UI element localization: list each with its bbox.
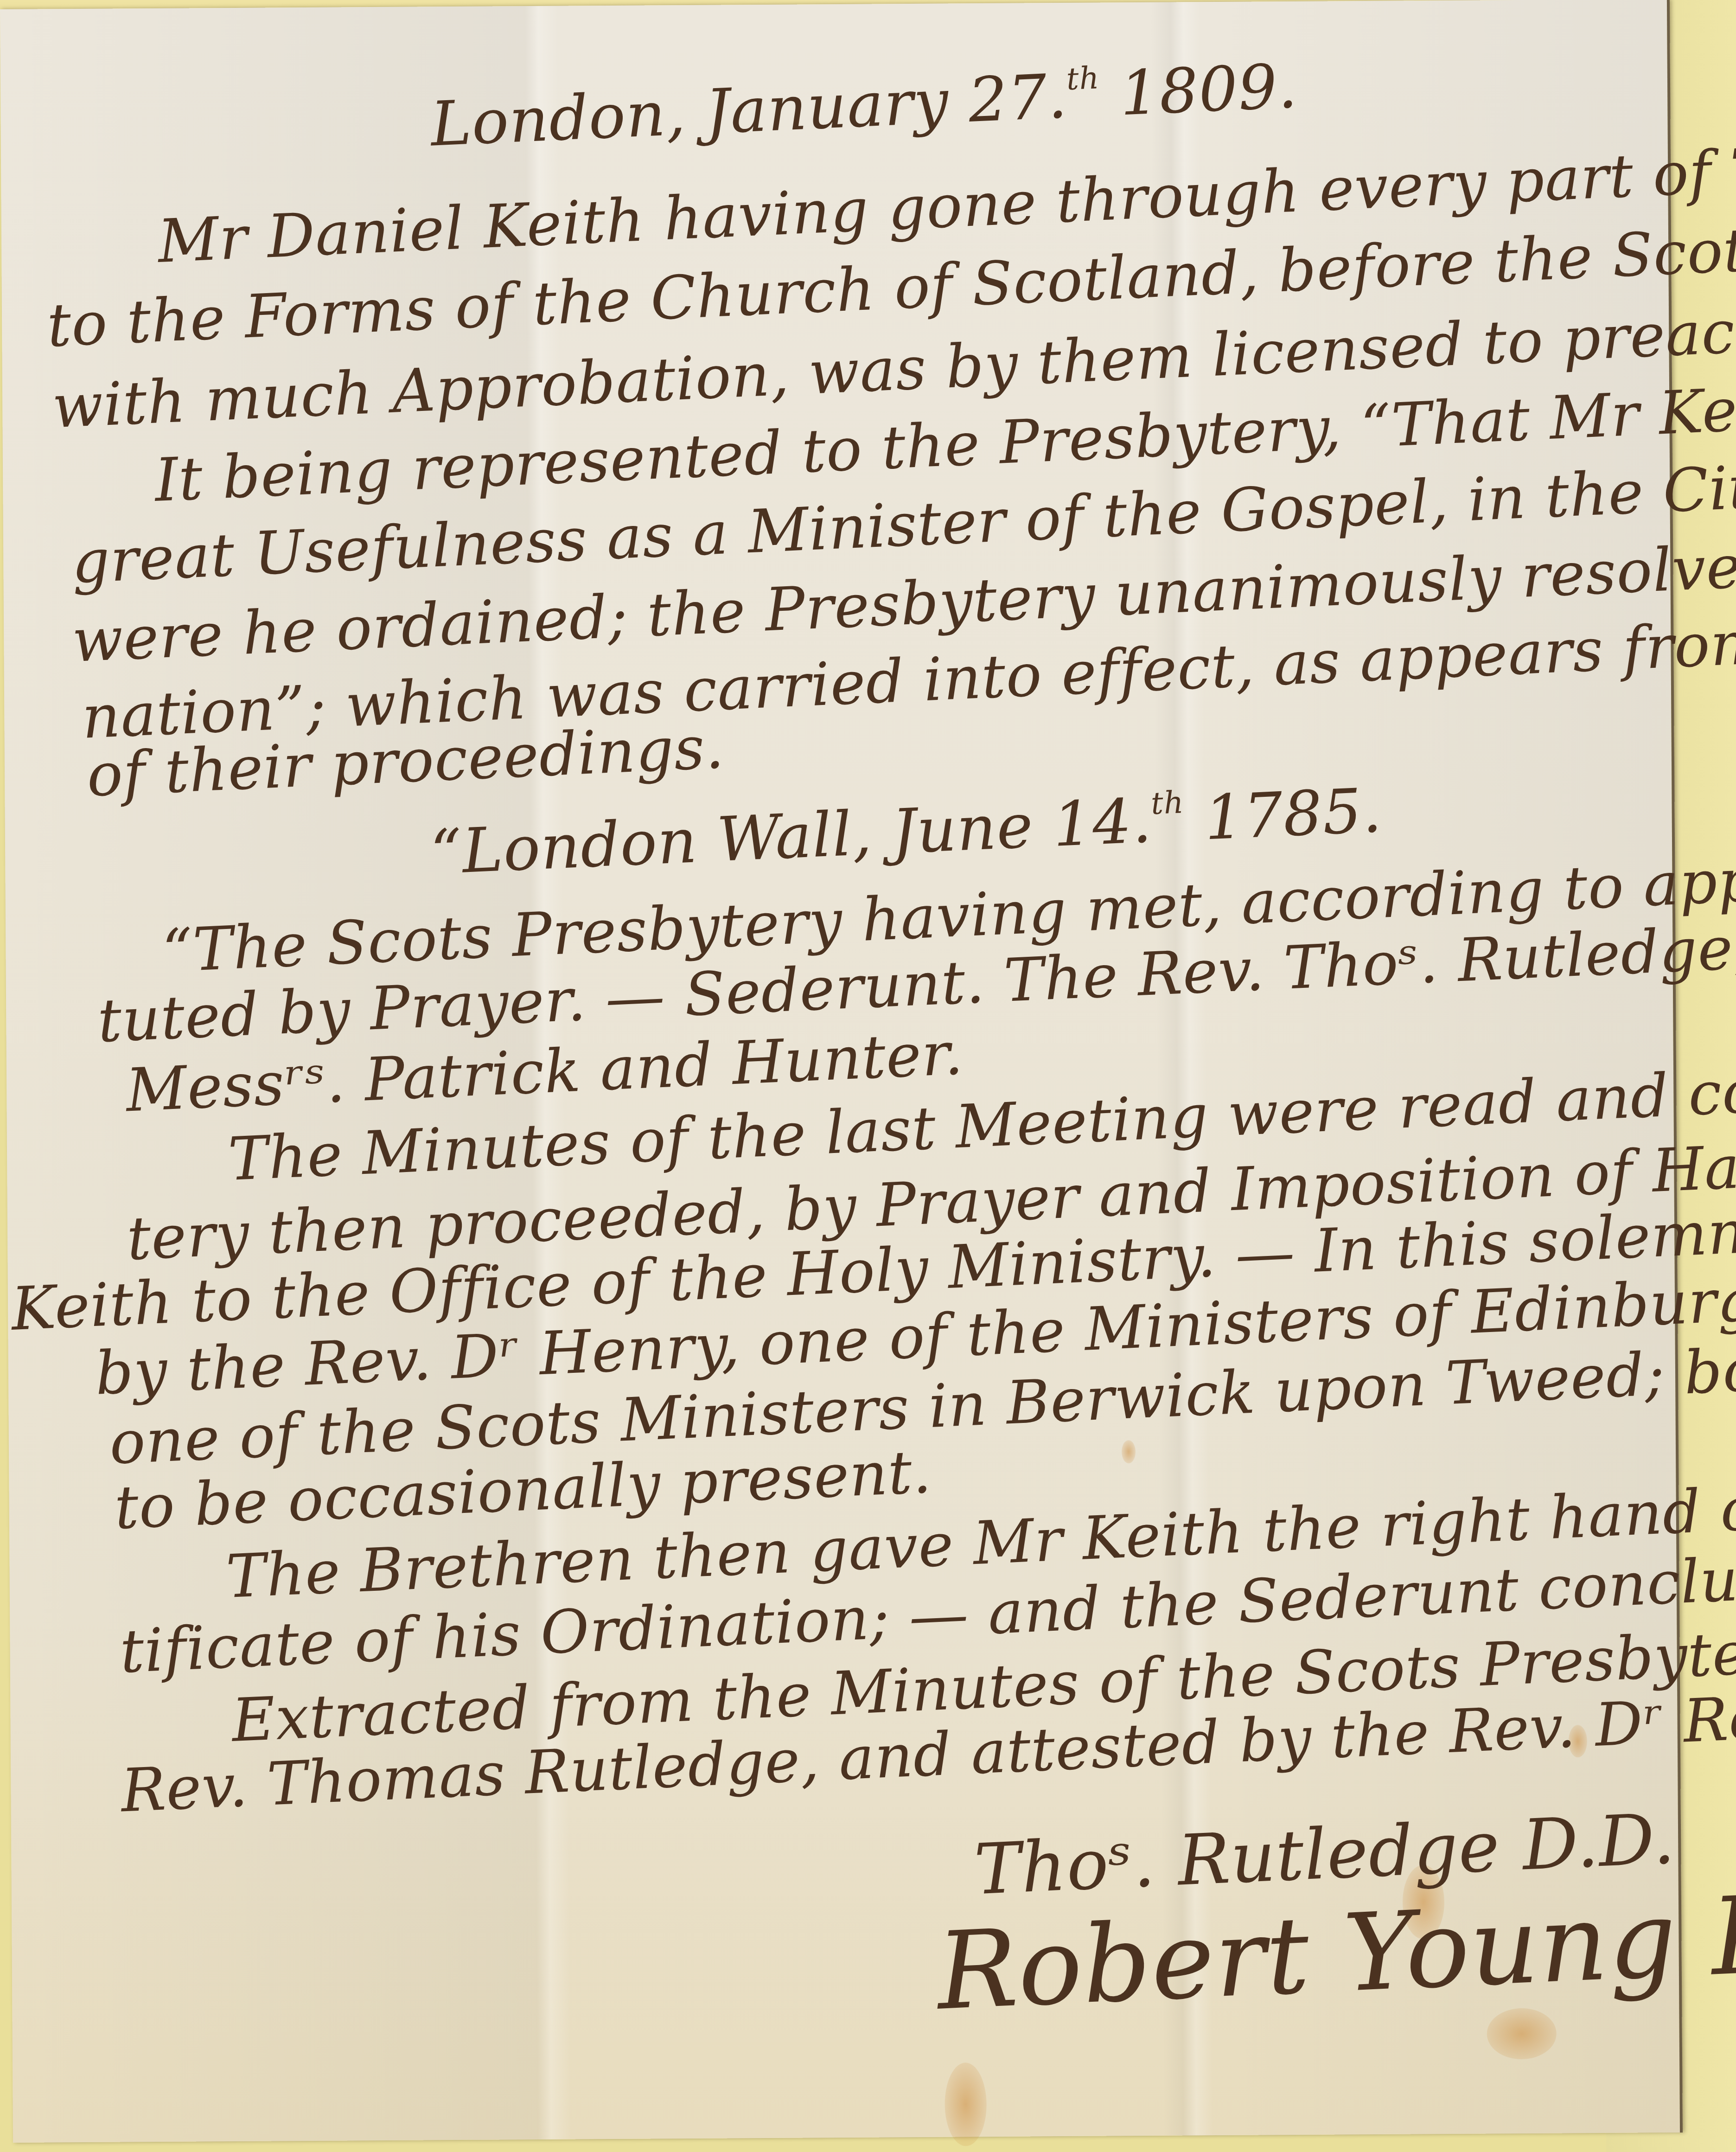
heading-year: 1809. [1118,51,1299,130]
manuscript-page: London, January 27.th 1809. Mr Daniel Ke… [0,0,1683,2143]
handwritten-text: London, January 27.th 1809. Mr Daniel Ke… [0,0,1680,2143]
minute-day-suffix: th [1150,784,1184,821]
minute-place-date: “London Wall, June 14. [429,785,1153,889]
minute-year: 1785. [1203,775,1383,854]
heading-place-date: London, January 27. [429,61,1069,160]
document-date-heading: London, January 27.th 1809. [429,54,1299,155]
minute-date-heading: “London Wall, June 14.th 1785. [429,778,1384,884]
heading-day-suffix: th [1066,60,1100,97]
